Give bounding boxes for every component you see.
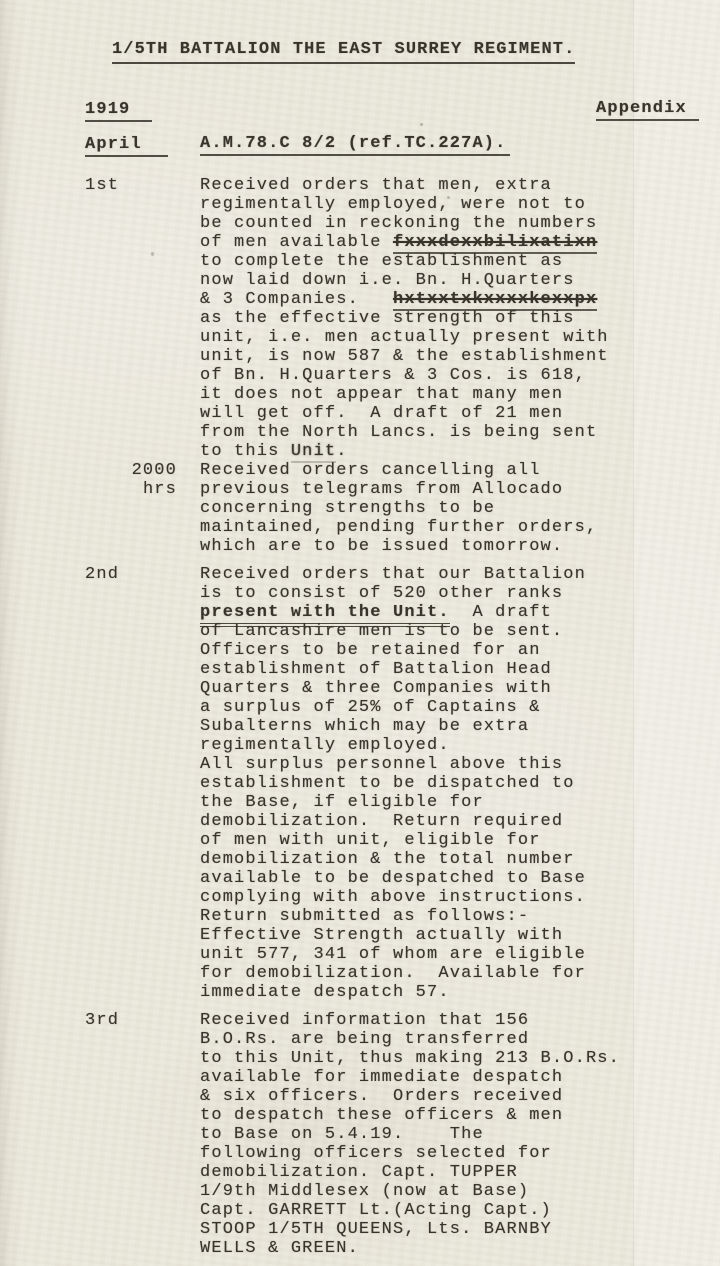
entry-line: maintained, pending further orders,: [200, 518, 645, 537]
text-segment: demobilization. Return required: [200, 812, 563, 831]
text-segment: to this Unit, thus making 213 B.O.Rs.: [200, 1049, 620, 1068]
entry-body: Received information that 156B.O.Rs. are…: [200, 1011, 645, 1258]
entry-line: for demobilization. Available for: [200, 964, 645, 983]
entry-line: previous telegrams from Allocado: [200, 480, 645, 499]
entry-line: regimentally employed, were not to: [200, 195, 645, 214]
entry-time: 2000: [85, 461, 200, 480]
entry-body: Received orders cancelling allprevious t…: [200, 461, 645, 556]
entry-line: from the North Lancs. is being sent: [200, 423, 645, 442]
text-segment: Received information that 156: [200, 1011, 529, 1030]
text-segment: Received orders that men, extra: [200, 176, 552, 195]
text-segment: Return submitted as follows:-: [200, 907, 529, 926]
text-segment: of Bn. H.Quarters & 3 Cos. is 618,: [200, 366, 586, 385]
entry-line: complying with above instructions.: [200, 888, 645, 907]
entry-line: as the effective strength of this: [200, 309, 645, 328]
entry-line: WELLS & GREEN.: [200, 1239, 645, 1258]
page-title-text: 1/5TH BATTALION THE EAST SURREY REGIMENT…: [112, 40, 575, 64]
struck-out-text: hxtxxtxkxxxxkexxpx: [393, 290, 597, 311]
text-segment: as the effective strength of this: [200, 309, 575, 328]
entry-line: establishment to be dispatched to: [200, 774, 645, 793]
entry-line: All surplus personnel above this: [200, 755, 645, 774]
entry-line: Capt. GARRETT Lt.(Acting Capt.): [200, 1201, 645, 1220]
text-segment: Capt. GARRETT Lt.(Acting Capt.): [200, 1201, 552, 1220]
entry-line: to this Unit, thus making 213 B.O.Rs.: [200, 1049, 645, 1068]
entry-line: of men available fxxxdexxbilixatixn: [200, 233, 645, 252]
entry-line: to Base on 5.4.19. The: [200, 1125, 645, 1144]
entry-line: Received orders that our Battalion: [200, 565, 645, 584]
entry-line: unit 577, 341 of whom are eligible: [200, 945, 645, 964]
entry-line: available for immediate despatch: [200, 1068, 645, 1087]
text-segment: previous telegrams from Allocado: [200, 480, 563, 499]
reference-label: A.M.78.C 8/2 (ref.TC.227A).: [200, 134, 510, 156]
text-segment: complying with above instructions.: [200, 888, 586, 907]
entry-line: is to consist of 520 other ranks: [200, 584, 645, 603]
page-title: 1/5TH BATTALION THE EAST SURREY REGIMENT…: [112, 40, 575, 64]
text-segment: available for immediate despatch: [200, 1068, 563, 1087]
text-segment: Received orders that our Battalion: [200, 565, 586, 584]
entry-line: will get off. A draft of 21 men: [200, 404, 645, 423]
text-segment: regimentally employed, were not to: [200, 195, 586, 214]
entry-line: Received orders that men, extra: [200, 176, 645, 195]
text-segment: which are to be issued tomorrow.: [200, 537, 563, 556]
entry-line: demobilization. Capt. TUPPER: [200, 1163, 645, 1182]
entry-line: Received information that 156: [200, 1011, 645, 1030]
entry-label: 2000hrs: [85, 461, 200, 499]
text-segment: Subalterns which may be extra: [200, 717, 529, 736]
text-segment: Officers to be retained for an: [200, 641, 541, 660]
text-segment: following officers selected for: [200, 1144, 552, 1163]
text-segment: of men available: [200, 233, 393, 252]
text-segment: is to consist of 520 other ranks: [200, 584, 563, 603]
entry-line: the Base, if eligible for: [200, 793, 645, 812]
entry-line: which are to be issued tomorrow.: [200, 537, 645, 556]
diary-entry: 2ndReceived orders that our Battalionis …: [85, 565, 645, 1002]
entry-line: to this Unit.: [200, 442, 645, 461]
struck-out-text: fxxxdexxbilixatixn: [393, 233, 597, 254]
text-segment: the Base, if eligible for: [200, 793, 484, 812]
entry-line: to complete the establishment as: [200, 252, 645, 271]
text-segment: of Lancashire men is to be sent.: [200, 622, 563, 641]
text-segment: to complete the establishment as: [200, 252, 563, 271]
entry-line: now laid down i.e. Bn. H.Quarters: [200, 271, 645, 290]
text-segment: for demobilization. Available for: [200, 964, 586, 983]
text-segment: maintained, pending further orders,: [200, 518, 597, 537]
diary-entry: 3rdReceived information that 156B.O.Rs. …: [85, 1011, 645, 1258]
text-segment: to Base on 5.4.19. The: [200, 1125, 484, 1144]
entry-line: to despatch these officers & men: [200, 1106, 645, 1125]
entry-line: of men with unit, eligible for: [200, 831, 645, 850]
text-segment: establishment to be dispatched to: [200, 774, 575, 793]
year-label: 1919: [85, 100, 152, 122]
text-segment: B.O.Rs. are being transferred: [200, 1030, 529, 1049]
ink-speck: [420, 123, 423, 126]
entry-line: regimentally employed.: [200, 736, 645, 755]
entry-label: 1st: [85, 176, 200, 195]
text-segment: Effective Strength actually with: [200, 926, 563, 945]
text-segment: it does not appear that many men: [200, 385, 563, 404]
text-segment: a surplus of 25% of Captains &: [200, 698, 541, 717]
text-segment: unit, is now 587 & the establishment: [200, 347, 609, 366]
entry-label: 2nd: [85, 565, 200, 584]
entry-line: unit, is now 587 & the establishment: [200, 347, 645, 366]
entry-line: unit, i.e. men actually present with: [200, 328, 645, 347]
entry-line: establishment of Battalion Head: [200, 660, 645, 679]
entry-line: STOOP 1/5TH QUEENS, Lts. BARNBY: [200, 1220, 645, 1239]
text-segment: demobilization & the total number: [200, 850, 575, 869]
entry-body: Received orders that men, extraregimenta…: [200, 176, 645, 461]
entry-line: concerning strengths to be: [200, 499, 645, 518]
entry-line: a surplus of 25% of Captains &: [200, 698, 645, 717]
text-segment: 1/9th Middlesex (now at Base): [200, 1182, 529, 1201]
text-segment: to this: [200, 442, 291, 461]
diary-entries: 1stReceived orders that men, extraregime…: [85, 176, 645, 1258]
smudged-text: Unit: [291, 442, 336, 461]
document-page: 1/5TH BATTALION THE EAST SURREY REGIMENT…: [0, 0, 720, 1266]
entry-line: B.O.Rs. are being transferred: [200, 1030, 645, 1049]
entry-day: 2nd: [85, 565, 200, 584]
month-label: April: [85, 135, 168, 157]
text-segment: & 3 Companies.: [200, 290, 393, 309]
entry-label: 3rd: [85, 1011, 200, 1030]
scan-edge: [633, 0, 720, 1266]
text-segment: WELLS & GREEN.: [200, 1239, 359, 1258]
text-segment: now laid down i.e. Bn. H.Quarters: [200, 271, 575, 290]
text-segment: of men with unit, eligible for: [200, 831, 541, 850]
text-segment: unit, i.e. men actually present with: [200, 328, 609, 347]
text-segment: All surplus personnel above this: [200, 755, 563, 774]
text-segment: available to be despatched to Base: [200, 869, 586, 888]
entry-line: Subalterns which may be extra: [200, 717, 645, 736]
text-segment: .: [336, 442, 347, 461]
entry-line: demobilization & the total number: [200, 850, 645, 869]
text-segment: A draft: [450, 603, 552, 622]
text-segment: be counted in reckoning the numbers: [200, 214, 597, 233]
entry-line: available to be despatched to Base: [200, 869, 645, 888]
entry-line: Officers to be retained for an: [200, 641, 645, 660]
text-segment: regimentally employed.: [200, 736, 450, 755]
entry-line: & 3 Companies. hxtxxtxkxxxxkexxpx: [200, 290, 645, 309]
entry-line: Return submitted as follows:-: [200, 907, 645, 926]
text-segment: from the North Lancs. is being sent: [200, 423, 597, 442]
diary-entry: 2000hrsReceived orders cancelling allpre…: [85, 461, 645, 556]
entry-line: of Lancashire men is to be sent.: [200, 622, 645, 641]
text-segment: Received orders cancelling all: [200, 461, 541, 480]
text-segment: to despatch these officers & men: [200, 1106, 563, 1125]
entry-day: 1st: [85, 176, 200, 195]
entry-line: Received orders cancelling all: [200, 461, 645, 480]
text-segment: & six officers. Orders received: [200, 1087, 563, 1106]
diary-entry: 1stReceived orders that men, extraregime…: [85, 176, 645, 461]
entry-line: be counted in reckoning the numbers: [200, 214, 645, 233]
entry-line: it does not appear that many men: [200, 385, 645, 404]
text-segment: STOOP 1/5TH QUEENS, Lts. BARNBY: [200, 1220, 552, 1239]
text-segment: immediate despatch 57.: [200, 983, 450, 1002]
text-segment: Quarters & three Companies with: [200, 679, 552, 698]
text-segment: unit 577, 341 of whom are eligible: [200, 945, 586, 964]
appendix-label: Appendix: [596, 99, 699, 121]
text-segment: demobilization. Capt. TUPPER: [200, 1163, 518, 1182]
text-segment: concerning strengths to be: [200, 499, 495, 518]
entry-line: & six officers. Orders received: [200, 1087, 645, 1106]
entry-line: Quarters & three Companies with: [200, 679, 645, 698]
entry-time: hrs: [85, 480, 200, 499]
text-segment: will get off. A draft of 21 men: [200, 404, 563, 423]
entry-line: immediate despatch 57.: [200, 983, 645, 1002]
entry-line: following officers selected for: [200, 1144, 645, 1163]
entry-line: demobilization. Return required: [200, 812, 645, 831]
entry-line: present with the Unit. A draft: [200, 603, 645, 622]
entry-line: of Bn. H.Quarters & 3 Cos. is 618,: [200, 366, 645, 385]
entry-line: 1/9th Middlesex (now at Base): [200, 1182, 645, 1201]
entry-day: 3rd: [85, 1011, 200, 1030]
entry-body: Received orders that our Battalionis to …: [200, 565, 645, 1002]
entry-line: Effective Strength actually with: [200, 926, 645, 945]
text-segment: establishment of Battalion Head: [200, 660, 552, 679]
